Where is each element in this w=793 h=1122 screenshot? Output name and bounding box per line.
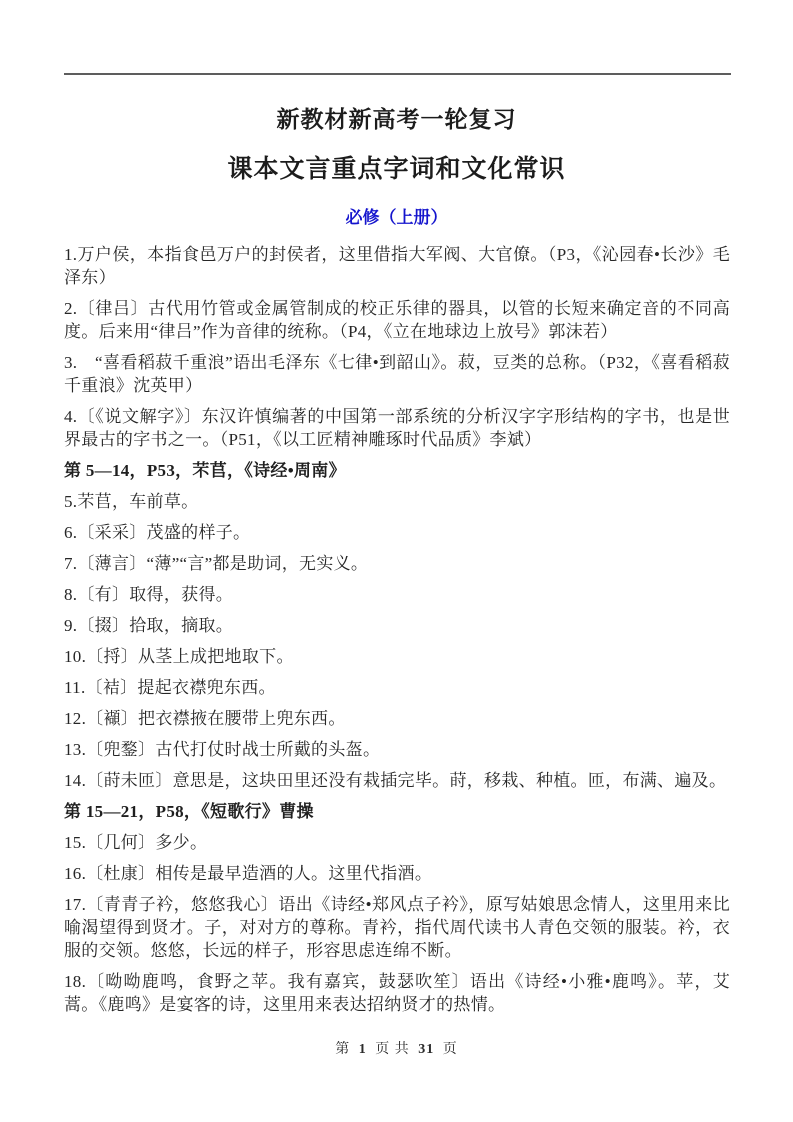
glossary-item: 14.〔莳未匝〕意思是，这块田里还没有栽插完毕。莳，移栽、种植。匝，布满、遍及。 <box>64 769 730 792</box>
document-page: 新教材新高考一轮复习 课本文言重点字词和文化常识 必修（上册） 1.万户侯，本指… <box>0 0 793 1122</box>
glossary-item: 3. “喜看稻菽千重浪”语出毛泽东《七律•到韶山》。菽，豆类的总称。（P32，《… <box>64 351 730 397</box>
footer-text-after: 页 <box>442 1042 459 1057</box>
glossary-item: 15.〔几何〕多少。 <box>64 831 730 854</box>
section-label: 必修（上册） <box>0 185 793 229</box>
glossary-item: 18.〔呦呦鹿鸣，食野之苹。我有嘉宾，鼓瑟吹笙〕语出《诗经•小雅•鹿鸣》。苹，艾… <box>64 970 730 1016</box>
glossary-item: 2.〔律吕〕古代用竹管或金属管制成的校正乐律的器具，以管的长短来确定音的不同高度… <box>64 297 730 343</box>
document-body: 1.万户侯，本指食邑万户的封侯者，这里借指大军阀、大官僚。（P3，《沁园春•长沙… <box>64 243 730 1016</box>
glossary-item: 1.万户侯，本指食邑万户的封侯者，这里借指大军阀、大官僚。（P3，《沁园春•长沙… <box>64 243 730 289</box>
glossary-item: 6.〔采采〕茂盛的样子。 <box>64 521 730 544</box>
section-heading: 第 5—14，P53，芣苢，《诗经•周南》 <box>64 459 730 482</box>
glossary-item: 10.〔捋〕从茎上成把地取下。 <box>64 645 730 668</box>
glossary-item: 17.〔青青子衿，悠悠我心〕语出《诗经•郑风点子衿》，原写姑娘思念情人，这里用来… <box>64 893 730 962</box>
page-subtitle: 课本文言重点字词和文化常识 <box>0 134 793 185</box>
glossary-item: 11.〔袺〕提起衣襟兜东西。 <box>64 676 730 699</box>
footer-total-pages: 31 <box>415 1042 437 1057</box>
glossary-item: 16.〔杜康〕相传是最早造酒的人。这里代指酒。 <box>64 862 730 885</box>
glossary-item: 12.〔襭〕把衣襟掖在腰带上兜东西。 <box>64 707 730 730</box>
glossary-item: 13.〔兜鍪〕古代打仗时战士所戴的头盔。 <box>64 738 730 761</box>
footer-text-before: 第 <box>334 1042 351 1057</box>
glossary-item: 8.〔有〕取得，获得。 <box>64 583 730 606</box>
glossary-item: 7.〔薄言〕“薄”“言”都是助词，无实义。 <box>64 552 730 575</box>
page-title: 新教材新高考一轮复习 <box>0 0 793 134</box>
page-footer: 第 1 页 共 31 页 <box>0 1041 793 1059</box>
glossary-item: 4.〔《说文解字》〕东汉许慎编著的中国第一部系统的分析汉字字形结构的字书，也是世… <box>64 405 730 451</box>
header-rule <box>64 73 731 75</box>
footer-page-number: 1 <box>356 1042 370 1057</box>
glossary-item: 9.〔掇〕拾取，摘取。 <box>64 614 730 637</box>
footer-text-middle: 页 共 <box>374 1042 411 1057</box>
glossary-item: 5.芣苢，车前草。 <box>64 490 730 513</box>
section-heading: 第 15—21，P58，《短歌行》曹操 <box>64 800 730 823</box>
